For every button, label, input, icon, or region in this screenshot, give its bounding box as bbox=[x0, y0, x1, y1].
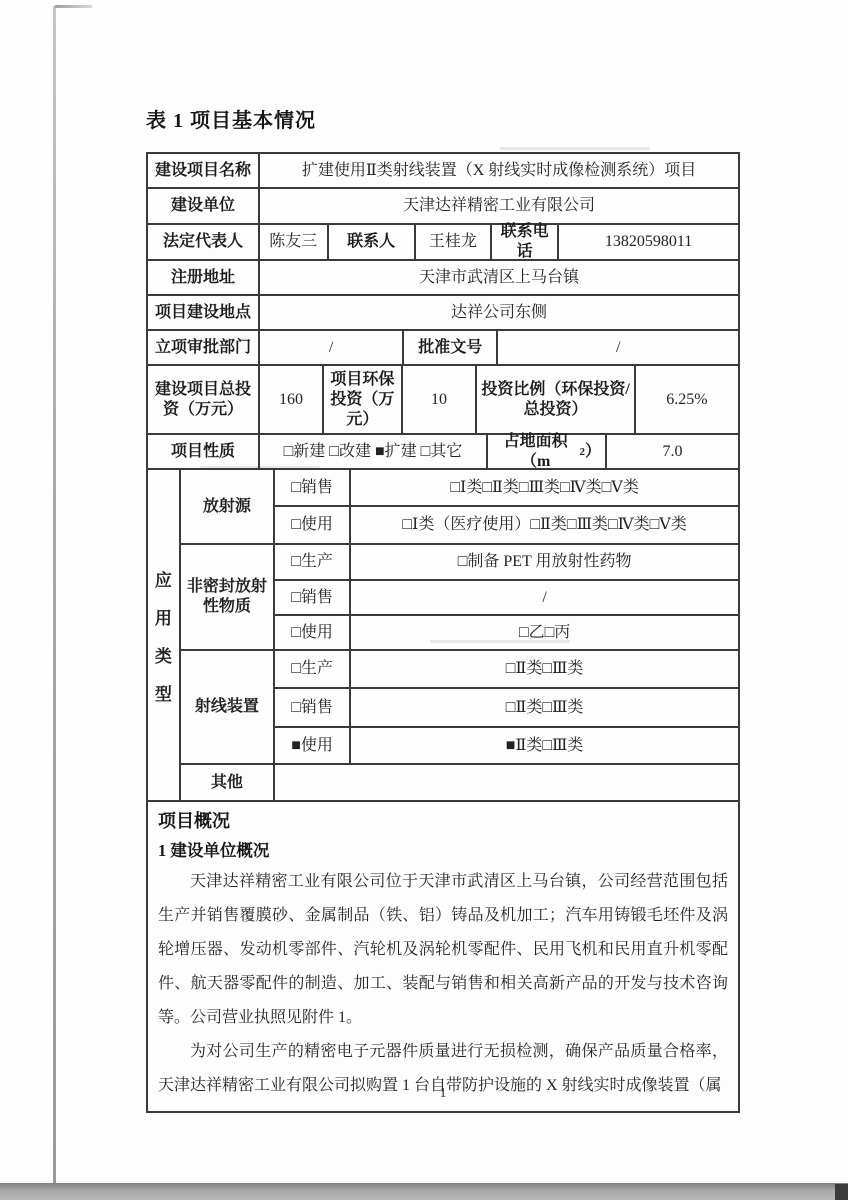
page-number: 1 bbox=[146, 1086, 740, 1102]
activity-checkbox-cell: □使用 bbox=[275, 616, 351, 649]
contact-value: 王桂龙 bbox=[416, 225, 492, 259]
group-name: 射线装置 bbox=[181, 651, 275, 763]
vertical-char: 型 bbox=[155, 680, 172, 705]
area-label-text: 占地面积（m bbox=[492, 432, 580, 472]
group-unsealed-material: 非密封放射性物质 □生产 □制备 PET 用放射性药物 □销售 / bbox=[181, 545, 738, 651]
table-title: 表 1 项目基本情况 bbox=[146, 104, 740, 133]
table-row: 注册地址 天津市武清区上马台镇 bbox=[148, 261, 738, 296]
total-investment-value: 160 bbox=[260, 366, 324, 433]
table-row: □销售 / bbox=[275, 581, 738, 616]
vertical-char: 用 bbox=[155, 604, 172, 629]
project-nature-label: 项目性质 bbox=[148, 435, 260, 468]
other-label: 其他 bbox=[181, 765, 275, 800]
env-investment-value: 10 bbox=[403, 366, 477, 433]
area-label: 占地面积（m2） bbox=[488, 435, 607, 468]
area-label-end: ） bbox=[585, 442, 601, 462]
vertical-char: 类 bbox=[155, 642, 172, 667]
overview-section-title: 1 建设单位概况 bbox=[158, 836, 728, 865]
env-investment-label: 项目环保投资（万元） bbox=[324, 366, 403, 433]
project-location-label: 项目建设地点 bbox=[148, 296, 260, 329]
approval-dept-value: / bbox=[260, 331, 404, 364]
category-checkboxes: □乙□丙 bbox=[351, 616, 738, 649]
approval-dept-label: 立项审批部门 bbox=[148, 331, 260, 364]
activity-checkbox-cell-checked: ■使用 bbox=[275, 728, 351, 763]
category-checkboxes: □Ⅰ类□Ⅱ类□Ⅲ类□Ⅳ类□Ⅴ类 bbox=[351, 470, 738, 505]
project-overview-row: 项目概况 1 建设单位概况 天津达祥精密工业有限公司位于天津市武清区上马台镇，公… bbox=[148, 802, 738, 1111]
investment-ratio-value: 6.25% bbox=[636, 366, 738, 433]
activity-checkbox-cell: □生产 bbox=[275, 651, 351, 687]
project-info-table: 建设项目名称 扩建使用Ⅱ类射线装置（X 射线实时成像检测系统）项目 建设单位 天… bbox=[146, 152, 740, 1113]
category-checkboxes: □Ⅱ类□Ⅲ类 bbox=[351, 651, 738, 687]
project-name-value: 扩建使用Ⅱ类射线装置（X 射线实时成像检测系统）项目 bbox=[260, 154, 738, 187]
page-fold-line bbox=[53, 6, 56, 1184]
scanned-page: 表 1 项目基本情况 建设项目名称 扩建使用Ⅱ类射线装置（X 射线实时成像检测系… bbox=[0, 0, 848, 1200]
group-name: 放射源 bbox=[181, 470, 275, 543]
area-value: 7.0 bbox=[607, 435, 738, 468]
table-row: 建设项目名称 扩建使用Ⅱ类射线装置（X 射线实时成像检测系统）项目 bbox=[148, 154, 738, 189]
category-checkboxes: □Ⅱ类□Ⅲ类 bbox=[351, 689, 738, 726]
table-row: □生产 □Ⅱ类□Ⅲ类 bbox=[275, 651, 738, 689]
category-checkboxes: / bbox=[351, 581, 738, 614]
scanner-edge-corner bbox=[835, 1184, 848, 1200]
table-row: □使用 □Ⅰ类（医疗使用）□Ⅱ类□Ⅲ类□Ⅳ类□Ⅴ类 bbox=[275, 507, 738, 543]
page-fold-corner bbox=[55, 5, 92, 8]
application-type-section: 应 用 类 型 放射源 □销售 □Ⅰ类□Ⅱ类□Ⅲ类□Ⅳ类□Ⅴ类 bbox=[148, 470, 738, 802]
company-label: 建设单位 bbox=[148, 189, 260, 223]
group-name: 非密封放射性物质 bbox=[181, 545, 275, 649]
application-type-rows: 放射源 □销售 □Ⅰ类□Ⅱ类□Ⅲ类□Ⅳ类□Ⅴ类 □使用 □Ⅰ类（医疗使用）□Ⅱ类… bbox=[181, 470, 738, 800]
group-ray-device: 射线装置 □生产 □Ⅱ类□Ⅲ类 □销售 □Ⅱ类□Ⅲ类 ■使用 bbox=[181, 651, 738, 765]
document-body: 表 1 项目基本情况 建设项目名称 扩建使用Ⅱ类射线装置（X 射线实时成像检测系… bbox=[146, 104, 740, 1113]
activity-checkbox-cell: □销售 bbox=[275, 581, 351, 614]
activity-checkbox-cell: □使用 bbox=[275, 507, 351, 543]
table-row: 法定代表人 陈友三 联系人 王桂龙 联系电话 13820598011 bbox=[148, 225, 738, 261]
investment-ratio-label: 投资比例（环保投资/总投资） bbox=[477, 366, 636, 433]
table-row: 项目性质 □新建 □改建 ■扩建 □其它 占地面积（m2） 7.0 bbox=[148, 435, 738, 470]
category-checkboxes: □制备 PET 用放射性药物 bbox=[351, 545, 738, 579]
activity-checkbox-cell: □销售 bbox=[275, 470, 351, 505]
project-overview-cell: 项目概况 1 建设单位概况 天津达祥精密工业有限公司位于天津市武清区上马台镇，公… bbox=[148, 802, 738, 1111]
table-row: □销售 □Ⅰ类□Ⅱ类□Ⅲ类□Ⅳ类□Ⅴ类 bbox=[275, 470, 738, 507]
activity-checkbox-cell: □生产 bbox=[275, 545, 351, 579]
approval-doc-label: 批准文号 bbox=[404, 331, 498, 364]
table-row: □生产 □制备 PET 用放射性药物 bbox=[275, 545, 738, 581]
total-investment-label: 建设项目总投资（万元） bbox=[148, 366, 260, 433]
registered-address-value: 天津市武清区上马台镇 bbox=[260, 261, 738, 294]
table-row: ■使用 ■Ⅱ类□Ⅲ类 bbox=[275, 728, 738, 763]
application-type-vertical-label: 应 用 类 型 bbox=[148, 470, 181, 800]
registered-address-label: 注册地址 bbox=[148, 261, 260, 294]
vertical-char: 应 bbox=[155, 566, 172, 591]
contact-label: 联系人 bbox=[329, 225, 416, 259]
table-row: 立项审批部门 / 批准文号 / bbox=[148, 331, 738, 366]
group-other: 其他 bbox=[181, 765, 738, 800]
activity-checkbox-cell: □销售 bbox=[275, 689, 351, 726]
approval-doc-value: / bbox=[498, 331, 738, 364]
phone-value: 13820598011 bbox=[559, 225, 738, 259]
overview-paragraph: 天津达祥精密工业有限公司位于天津市武清区上马台镇，公司经营范围包括生产并销售覆膜… bbox=[158, 865, 728, 1035]
other-value bbox=[275, 765, 738, 800]
project-nature-options: □新建 □改建 ■扩建 □其它 bbox=[260, 435, 488, 468]
phone-label: 联系电话 bbox=[492, 225, 559, 259]
project-name-label: 建设项目名称 bbox=[148, 154, 260, 187]
table-row: □销售 □Ⅱ类□Ⅲ类 bbox=[275, 689, 738, 728]
table-row: 建设单位 天津达祥精密工业有限公司 bbox=[148, 189, 738, 225]
legal-rep-label: 法定代表人 bbox=[148, 225, 260, 259]
legal-rep-value: 陈友三 bbox=[260, 225, 328, 259]
company-value: 天津达祥精密工业有限公司 bbox=[260, 189, 738, 223]
group-radioactive-source: 放射源 □销售 □Ⅰ类□Ⅱ类□Ⅲ类□Ⅳ类□Ⅴ类 □使用 □Ⅰ类（医疗使用）□Ⅱ类… bbox=[181, 470, 738, 545]
overview-header: 项目概况 bbox=[158, 807, 728, 836]
table-row: □使用 □乙□丙 bbox=[275, 616, 738, 649]
table-row: 建设项目总投资（万元） 160 项目环保投资（万元） 10 投资比例（环保投资/… bbox=[148, 366, 738, 435]
project-location-value: 达祥公司东侧 bbox=[260, 296, 738, 329]
scanner-edge-band bbox=[0, 1183, 848, 1200]
category-checkboxes: □Ⅰ类（医疗使用）□Ⅱ类□Ⅲ类□Ⅳ类□Ⅴ类 bbox=[351, 507, 738, 543]
category-checkboxes-checked: ■Ⅱ类□Ⅲ类 bbox=[351, 728, 738, 763]
table-row: 项目建设地点 达祥公司东侧 bbox=[148, 296, 738, 331]
